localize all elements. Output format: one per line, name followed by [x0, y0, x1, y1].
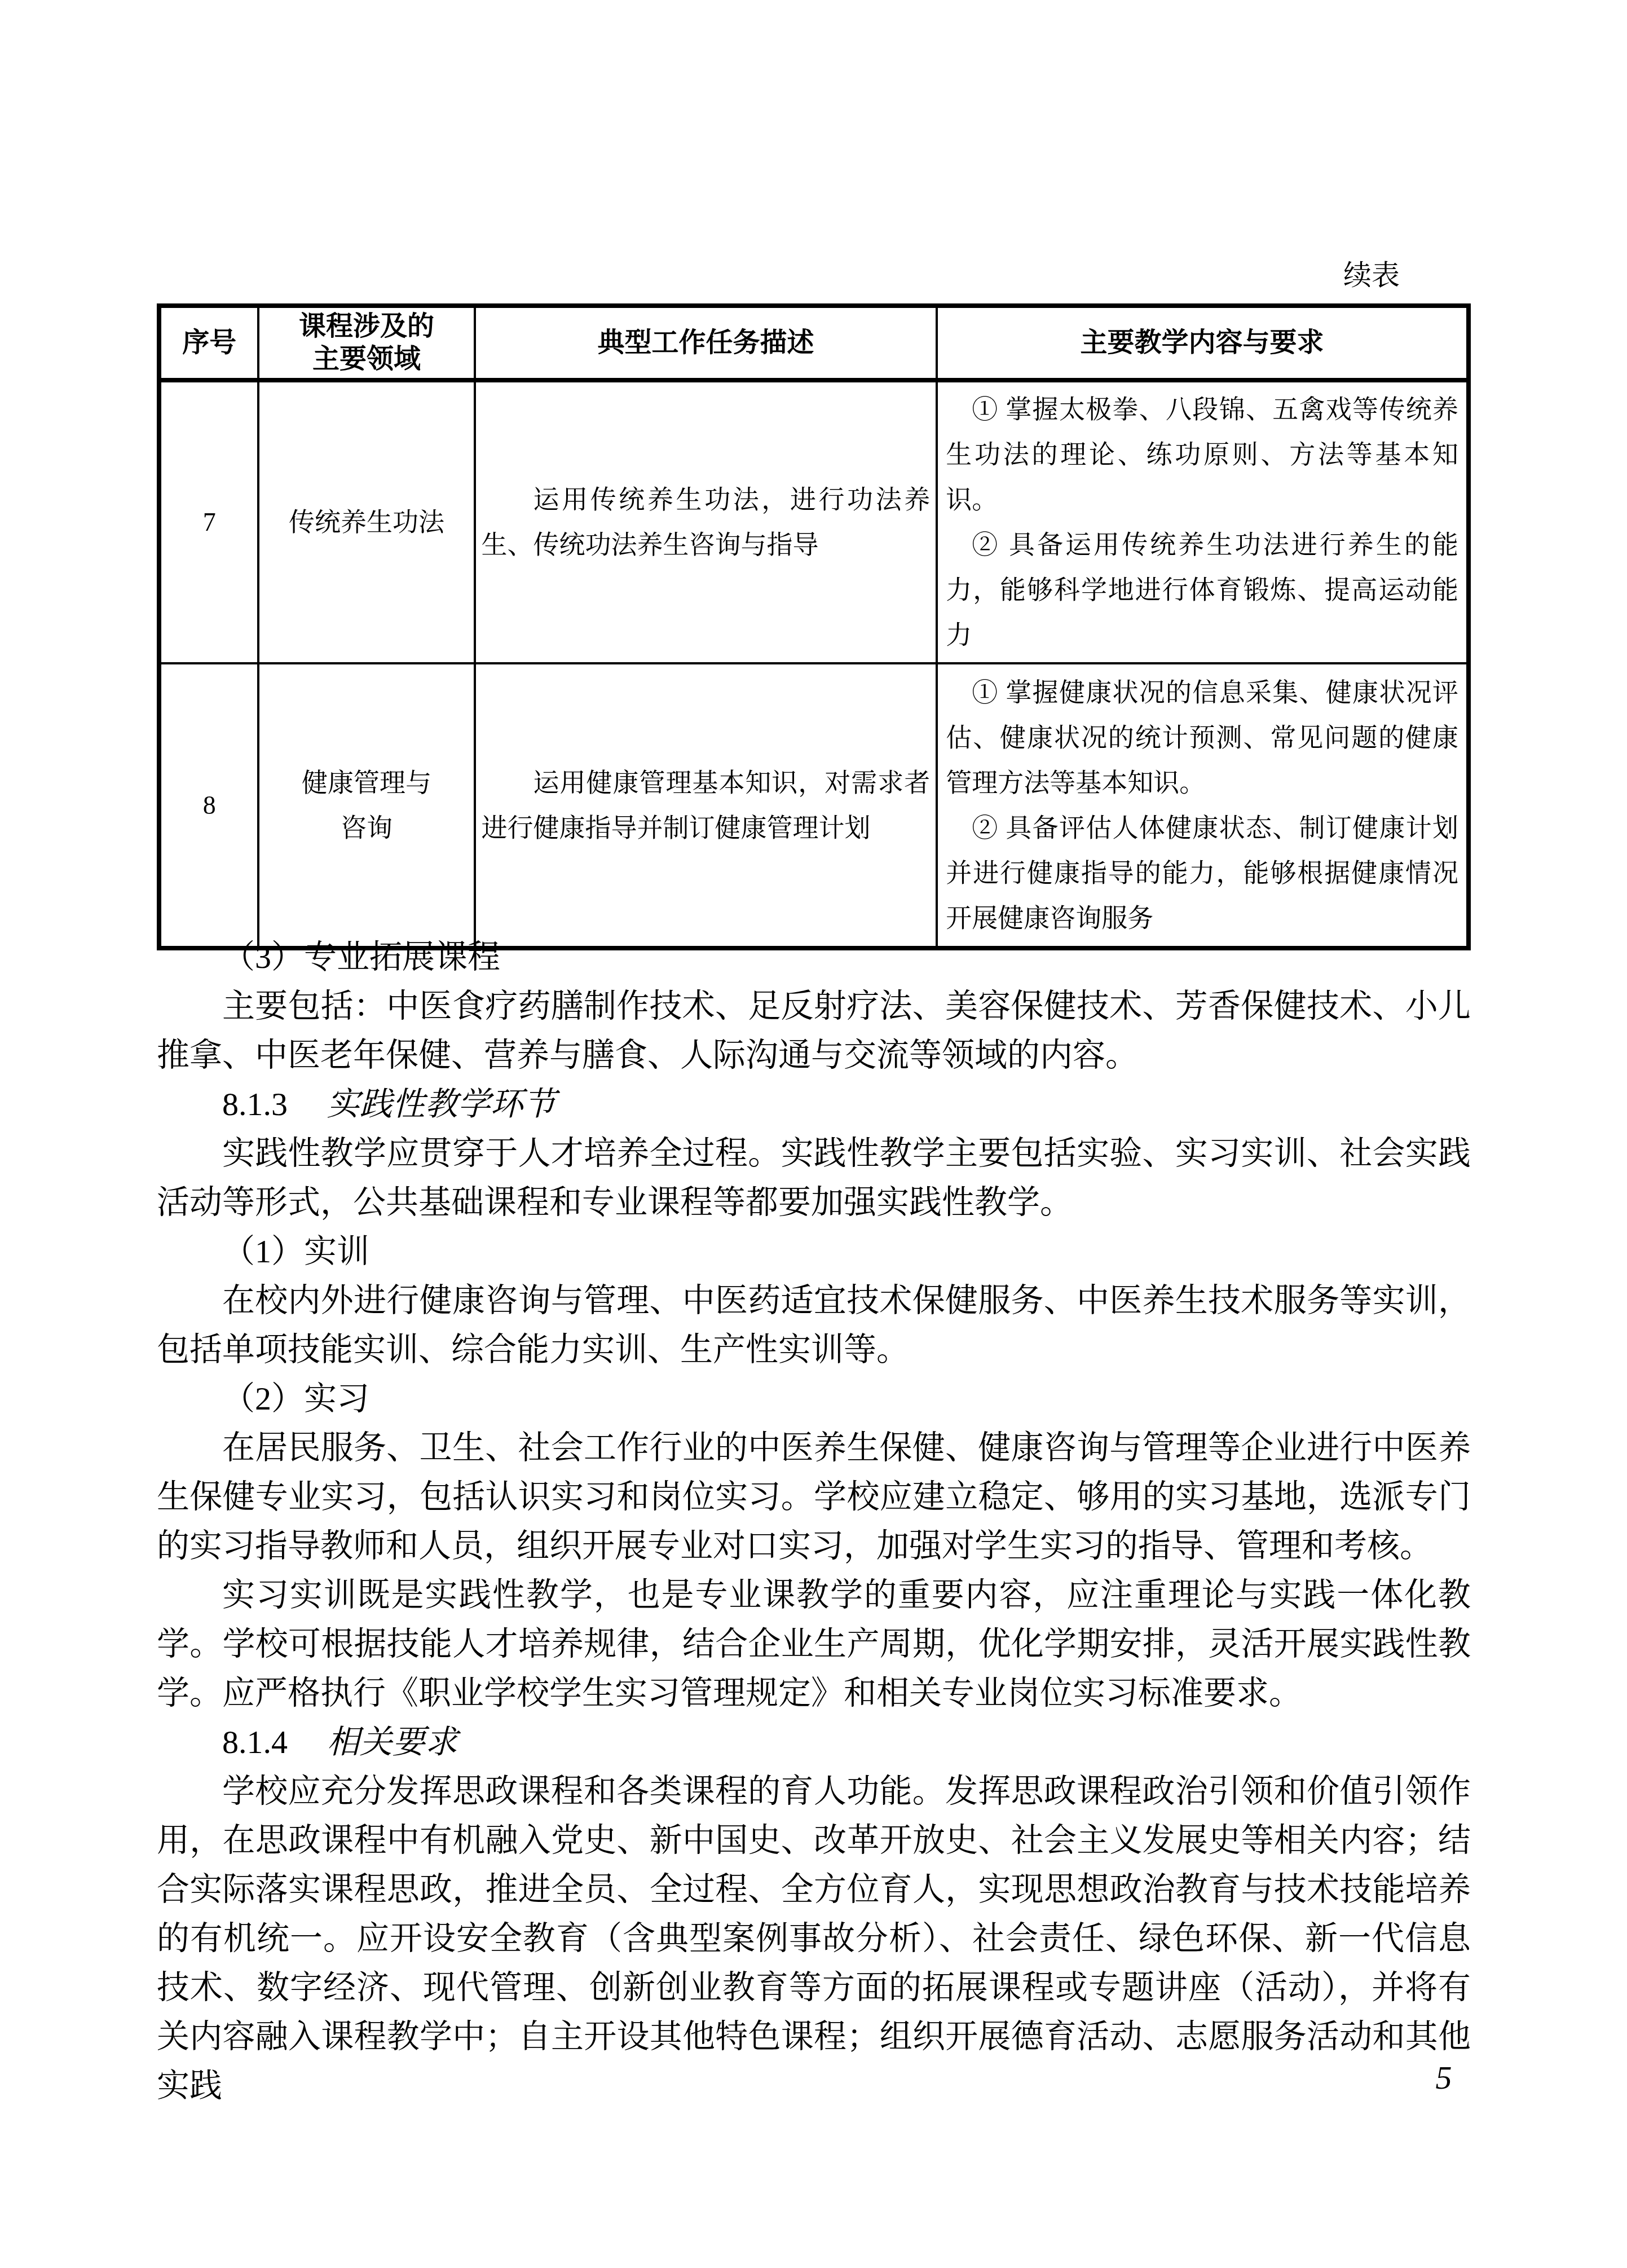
row7-task-text: 运用传统养生功法，进行功法养生、传统功法养生咨询与指导 — [482, 477, 931, 567]
row8-domain-line2: 咨询 — [259, 805, 473, 851]
para-training-detail: 在校内外进行健康咨询与管理、中医药适宜技术保健服务、中医养生技术服务等实训，包括… — [157, 1276, 1471, 1374]
row8-content-item1: ① 掌握健康状况的信息采集、健康状况评估、健康状况的统计预测、常见问题的健康管理… — [946, 670, 1458, 805]
para-internship-detail: 在居民服务、卫生、社会工作行业的中医养生保健、健康咨询与管理等企业进行中医养生保… — [157, 1423, 1471, 1570]
para-internship-teaching: 实习实训既是实践性教学，也是专业课教学的重要内容，应注重理论与实践一体化教学。学… — [157, 1570, 1471, 1717]
row7-content-item2: ② 具备运用传统养生功法进行养生的能力，能够科学地进行体育锻炼、提高运动能力 — [946, 522, 1458, 658]
heading-8-1-4-number: 8.1.4 — [222, 1724, 288, 1760]
table-row-8: 8 健康管理与 咨询 运用健康管理基本知识，对需求者进行健康指导并制订健康管理计… — [159, 663, 1469, 948]
body-text: （3）专业拓展课程 主要包括：中医食疗药膳制作技术、足反射疗法、美容保健技术、芳… — [157, 932, 1471, 2110]
heading-8-1-3-number: 8.1.3 — [222, 1086, 288, 1122]
col-header-seq: 序号 — [159, 306, 258, 380]
col-header-domain-line1: 课程涉及的 — [259, 310, 473, 343]
page-number: 5 — [1416, 2059, 1472, 2097]
para-expansion-includes: 主要包括：中医食疗药膳制作技术、足反射疗法、美容保健技术、芳香保健技术、小儿推拿… — [157, 981, 1471, 1080]
row7-domain: 传统养生功法 — [258, 380, 474, 663]
row8-task-text: 运用健康管理基本知识，对需求者进行健康指导并制订健康管理计划 — [482, 760, 931, 851]
row8-domain-line1: 健康管理与 — [259, 760, 473, 805]
col-header-domain: 课程涉及的 主要领域 — [258, 306, 474, 380]
course-table-wrapper: 序号 课程涉及的 主要领域 典型工作任务描述 主要教学内容与要求 7 传统养生功… — [157, 303, 1471, 950]
row8-domain: 健康管理与 咨询 — [258, 663, 474, 948]
heading-8-1-4: 8.1.4相关要求 — [157, 1717, 1471, 1767]
row7-content-item1: ① 掌握太极拳、八段锦、五禽戏等传统养生功法的理论、练功原则、方法等基本知识。 — [946, 387, 1458, 522]
document-page: { "page": { "continued_label": "续表", "pa… — [0, 0, 1627, 2268]
table-continued-label: 续表 — [157, 258, 1471, 292]
para-related-requirements: 学校应充分发挥思政课程和各类课程的育人功能。发挥思政课程政治引领和价值引领作用，… — [157, 1767, 1471, 2110]
para-1-training: （1）实训 — [157, 1227, 1471, 1276]
heading-8-1-4-title: 相关要求 — [327, 1724, 458, 1760]
row8-content-item2: ② 具备评估人体健康状态、制订健康计划并进行健康指导的能力，能够根据健康情况开展… — [946, 805, 1458, 941]
row7-domain-line1: 传统养生功法 — [259, 500, 473, 545]
table-header-row: 序号 课程涉及的 主要领域 典型工作任务描述 主要教学内容与要求 — [159, 306, 1469, 380]
row8-seq: 8 — [159, 663, 258, 948]
para-practical-teaching: 实践性教学应贯穿于人才培养全过程。实践性教学主要包括实验、实习实训、社会实践活动… — [157, 1129, 1471, 1227]
para-2-internship: （2）实习 — [157, 1374, 1471, 1423]
col-header-content: 主要教学内容与要求 — [937, 306, 1469, 380]
course-table: 序号 课程涉及的 主要领域 典型工作任务描述 主要教学内容与要求 7 传统养生功… — [157, 303, 1471, 950]
row7-seq: 7 — [159, 380, 258, 663]
para-3-expansion-courses: （3）专业拓展课程 — [157, 932, 1471, 981]
table-row-7: 7 传统养生功法 运用传统养生功法，进行功法养生、传统功法养生咨询与指导 ① 掌… — [159, 380, 1469, 663]
row8-task: 运用健康管理基本知识，对需求者进行健康指导并制订健康管理计划 — [475, 663, 937, 948]
row7-task: 运用传统养生功法，进行功法养生、传统功法养生咨询与指导 — [475, 380, 937, 663]
row8-content: ① 掌握健康状况的信息采集、健康状况评估、健康状况的统计预测、常见问题的健康管理… — [937, 663, 1469, 948]
heading-8-1-3: 8.1.3实践性教学环节 — [157, 1080, 1471, 1129]
col-header-domain-line2: 主要领域 — [259, 343, 473, 376]
heading-8-1-3-title: 实践性教学环节 — [327, 1086, 556, 1122]
row7-content: ① 掌握太极拳、八段锦、五禽戏等传统养生功法的理论、练功原则、方法等基本知识。 … — [937, 380, 1469, 663]
col-header-task: 典型工作任务描述 — [475, 306, 937, 380]
